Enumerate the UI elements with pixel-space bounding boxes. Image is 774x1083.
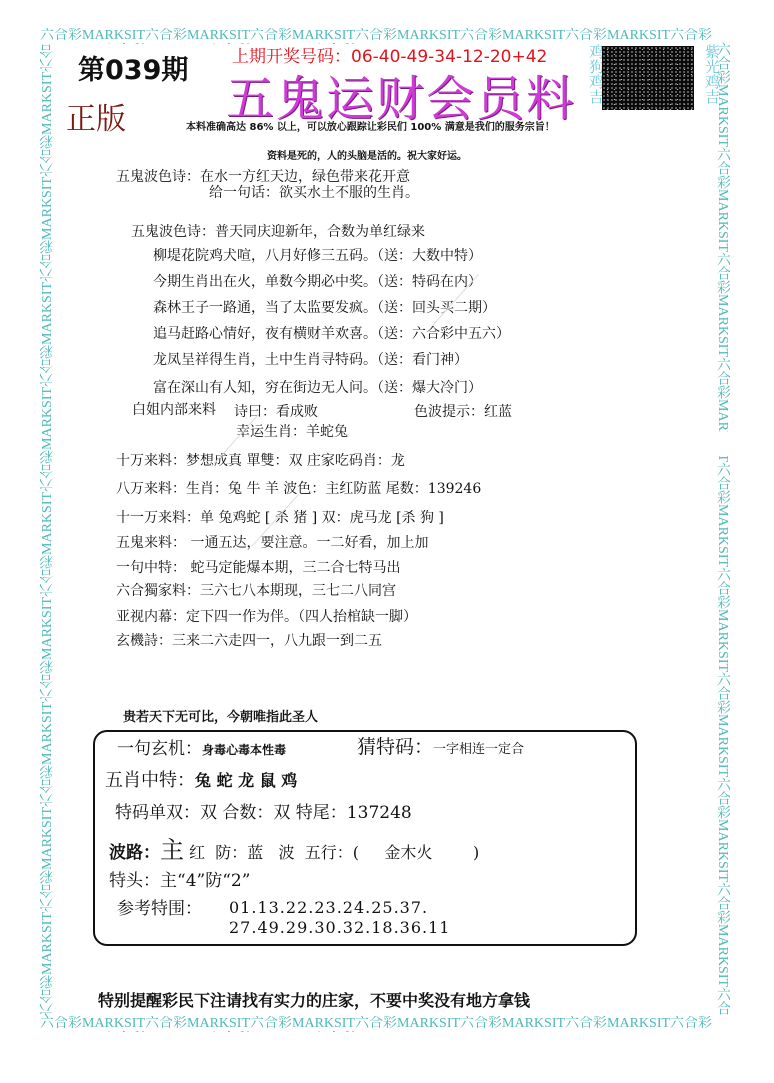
poem-2-line: 龙凤呈祥得生肖，土中生肖寻特码。（送：看门神） — [153, 349, 468, 369]
verse: 贵若天下无可比，今朝唯指此圣人 — [123, 706, 318, 725]
poem-1-line-2: 给一句话：欲买水土不服的生肖。 — [209, 182, 419, 202]
guess-label: 猜特码： — [357, 736, 433, 758]
source-100k: 十万来料：梦想成真 單雙：双 庄家吃码肖：龙 — [116, 450, 405, 470]
insider-label: 白姐内部来料 — [132, 399, 216, 419]
side-label-left: 鸡狗鸡吉 — [582, 44, 604, 104]
guess-row: 猜特码：一字相连一定合 — [357, 732, 524, 759]
footer-reminder: 特别提醒彩民下注请找有实力的庄家，不要中奖没有地方拿钱 — [98, 988, 530, 1011]
slogan-accuracy: 本料准确高达 86% 以上，可以放心跟踪让彩民们 100% 满意是我们的服务宗旨… — [186, 118, 555, 133]
hint-value: 身毒心毒本性毒 — [202, 743, 286, 757]
wave-details: 红 防：蓝 波 五行：( 金木火 ) — [184, 843, 479, 862]
qr-code-image — [602, 46, 694, 110]
source-one-line: 一句中特： 蛇马定能爆本期，三二合七特马出 — [116, 557, 400, 577]
source-liuhe: 六合獨家料：三六七八本期现，三七二八同宫 — [116, 580, 396, 600]
odd-even-row: 特码单双：双 合数：双 特尾：137248 — [115, 798, 412, 823]
reference-numbers-2: 27.49.29.30.32.18.36.11 — [229, 918, 450, 937]
guess-value: 一字相连一定合 — [433, 742, 524, 757]
five-zodiac-row: 五肖中特：兔 蛇 龙 鼠 鸡 — [105, 766, 297, 792]
source-asia-tv: 亚视内幕：定下四一作为伴。（四人抬棺缺一脚） — [116, 606, 417, 626]
watermark-border-right: 六合彩MARKSIT六合彩MARKSIT六合彩MARKSIT六合彩MARKSIT… — [714, 42, 730, 1017]
wave-row: 波路：主 红 防：蓝 波 五行：( 金木火 ) — [109, 830, 479, 865]
genuine-label: 正版 — [66, 94, 126, 138]
watermark-border-left: 六合彩MARKSIT六合彩MARKSIT六合彩MARKSIT六合彩MARKSIT… — [40, 42, 56, 1017]
insider-color-hint: 色波提示：红蓝 — [414, 401, 512, 421]
watermark-border-bottom: 六合彩MARKSIT六合彩MARKSIT六合彩MARKSIT六合彩MARKSIT… — [40, 1016, 730, 1032]
poem-2-line: 今期生肖出在火，单数今期必中奖。（送：特码在内） — [153, 271, 482, 291]
hint-row: 一句玄机：身毒心毒本性毒 — [117, 734, 286, 759]
wave-label: 波路： — [109, 843, 160, 863]
border-gap — [712, 432, 732, 456]
wave-main: 主 — [160, 836, 184, 864]
head-row: 特头：主“4”防“2” — [109, 866, 250, 891]
poem-2-line: 柳堤花院鸡犬喧，八月好修三五码。（送：大数中特） — [153, 245, 482, 265]
slogan-luck: 资料是死的，人的头脑是活的。祝大家好运。 — [267, 147, 467, 162]
five-zodiac-label: 五肖中特： — [105, 770, 195, 791]
poem-2-line: 追马赶路心情好，夜有横财羊欢喜。（送：六合彩中五六） — [153, 323, 510, 343]
insider-poem: 诗曰：看成败 — [234, 401, 318, 421]
insider-lucky-zodiac: 幸运生肖：羊蛇兔 — [236, 421, 348, 441]
reference-label: 参考特围： — [117, 899, 202, 919]
reference-numbers-1: 01.13.22.23.24.25.37. — [229, 898, 428, 917]
prediction-panel: 一句玄机：身毒心毒本性毒 猜特码：一字相连一定合 五肖中特：兔 蛇 龙 鼠 鸡 … — [93, 730, 637, 946]
poem-2-title: 五鬼波色诗：普天同庆迎新年，合数为单红绿来 — [131, 221, 425, 241]
poem-2-line: 森林王子一路通，当了太监要发疯。（送：回头买二期） — [153, 297, 496, 317]
source-mystic-poem: 玄機詩：三来二六走四一，八九跟一到二五 — [116, 630, 382, 650]
source-five-ghost: 五鬼来料： 一通五达，要注意。一二好看，加上加 — [116, 532, 428, 552]
poem-2-line: 富在深山有人知，穷在街边无人问。（送：爆大冷门） — [153, 377, 482, 397]
issue-number: 第039期 — [78, 48, 188, 87]
source-110k: 十一万来料：单 兔鸡蛇 [ 杀 猪 ] 双：虎马龙 [杀 狗 ] — [116, 507, 444, 527]
hint-label: 一句玄机： — [117, 739, 202, 759]
five-zodiac-value: 兔 蛇 龙 鼠 鸡 — [195, 771, 297, 790]
side-label-right: 紫光鸡吉 — [698, 44, 720, 104]
reference-row: 参考特围： — [117, 894, 202, 919]
